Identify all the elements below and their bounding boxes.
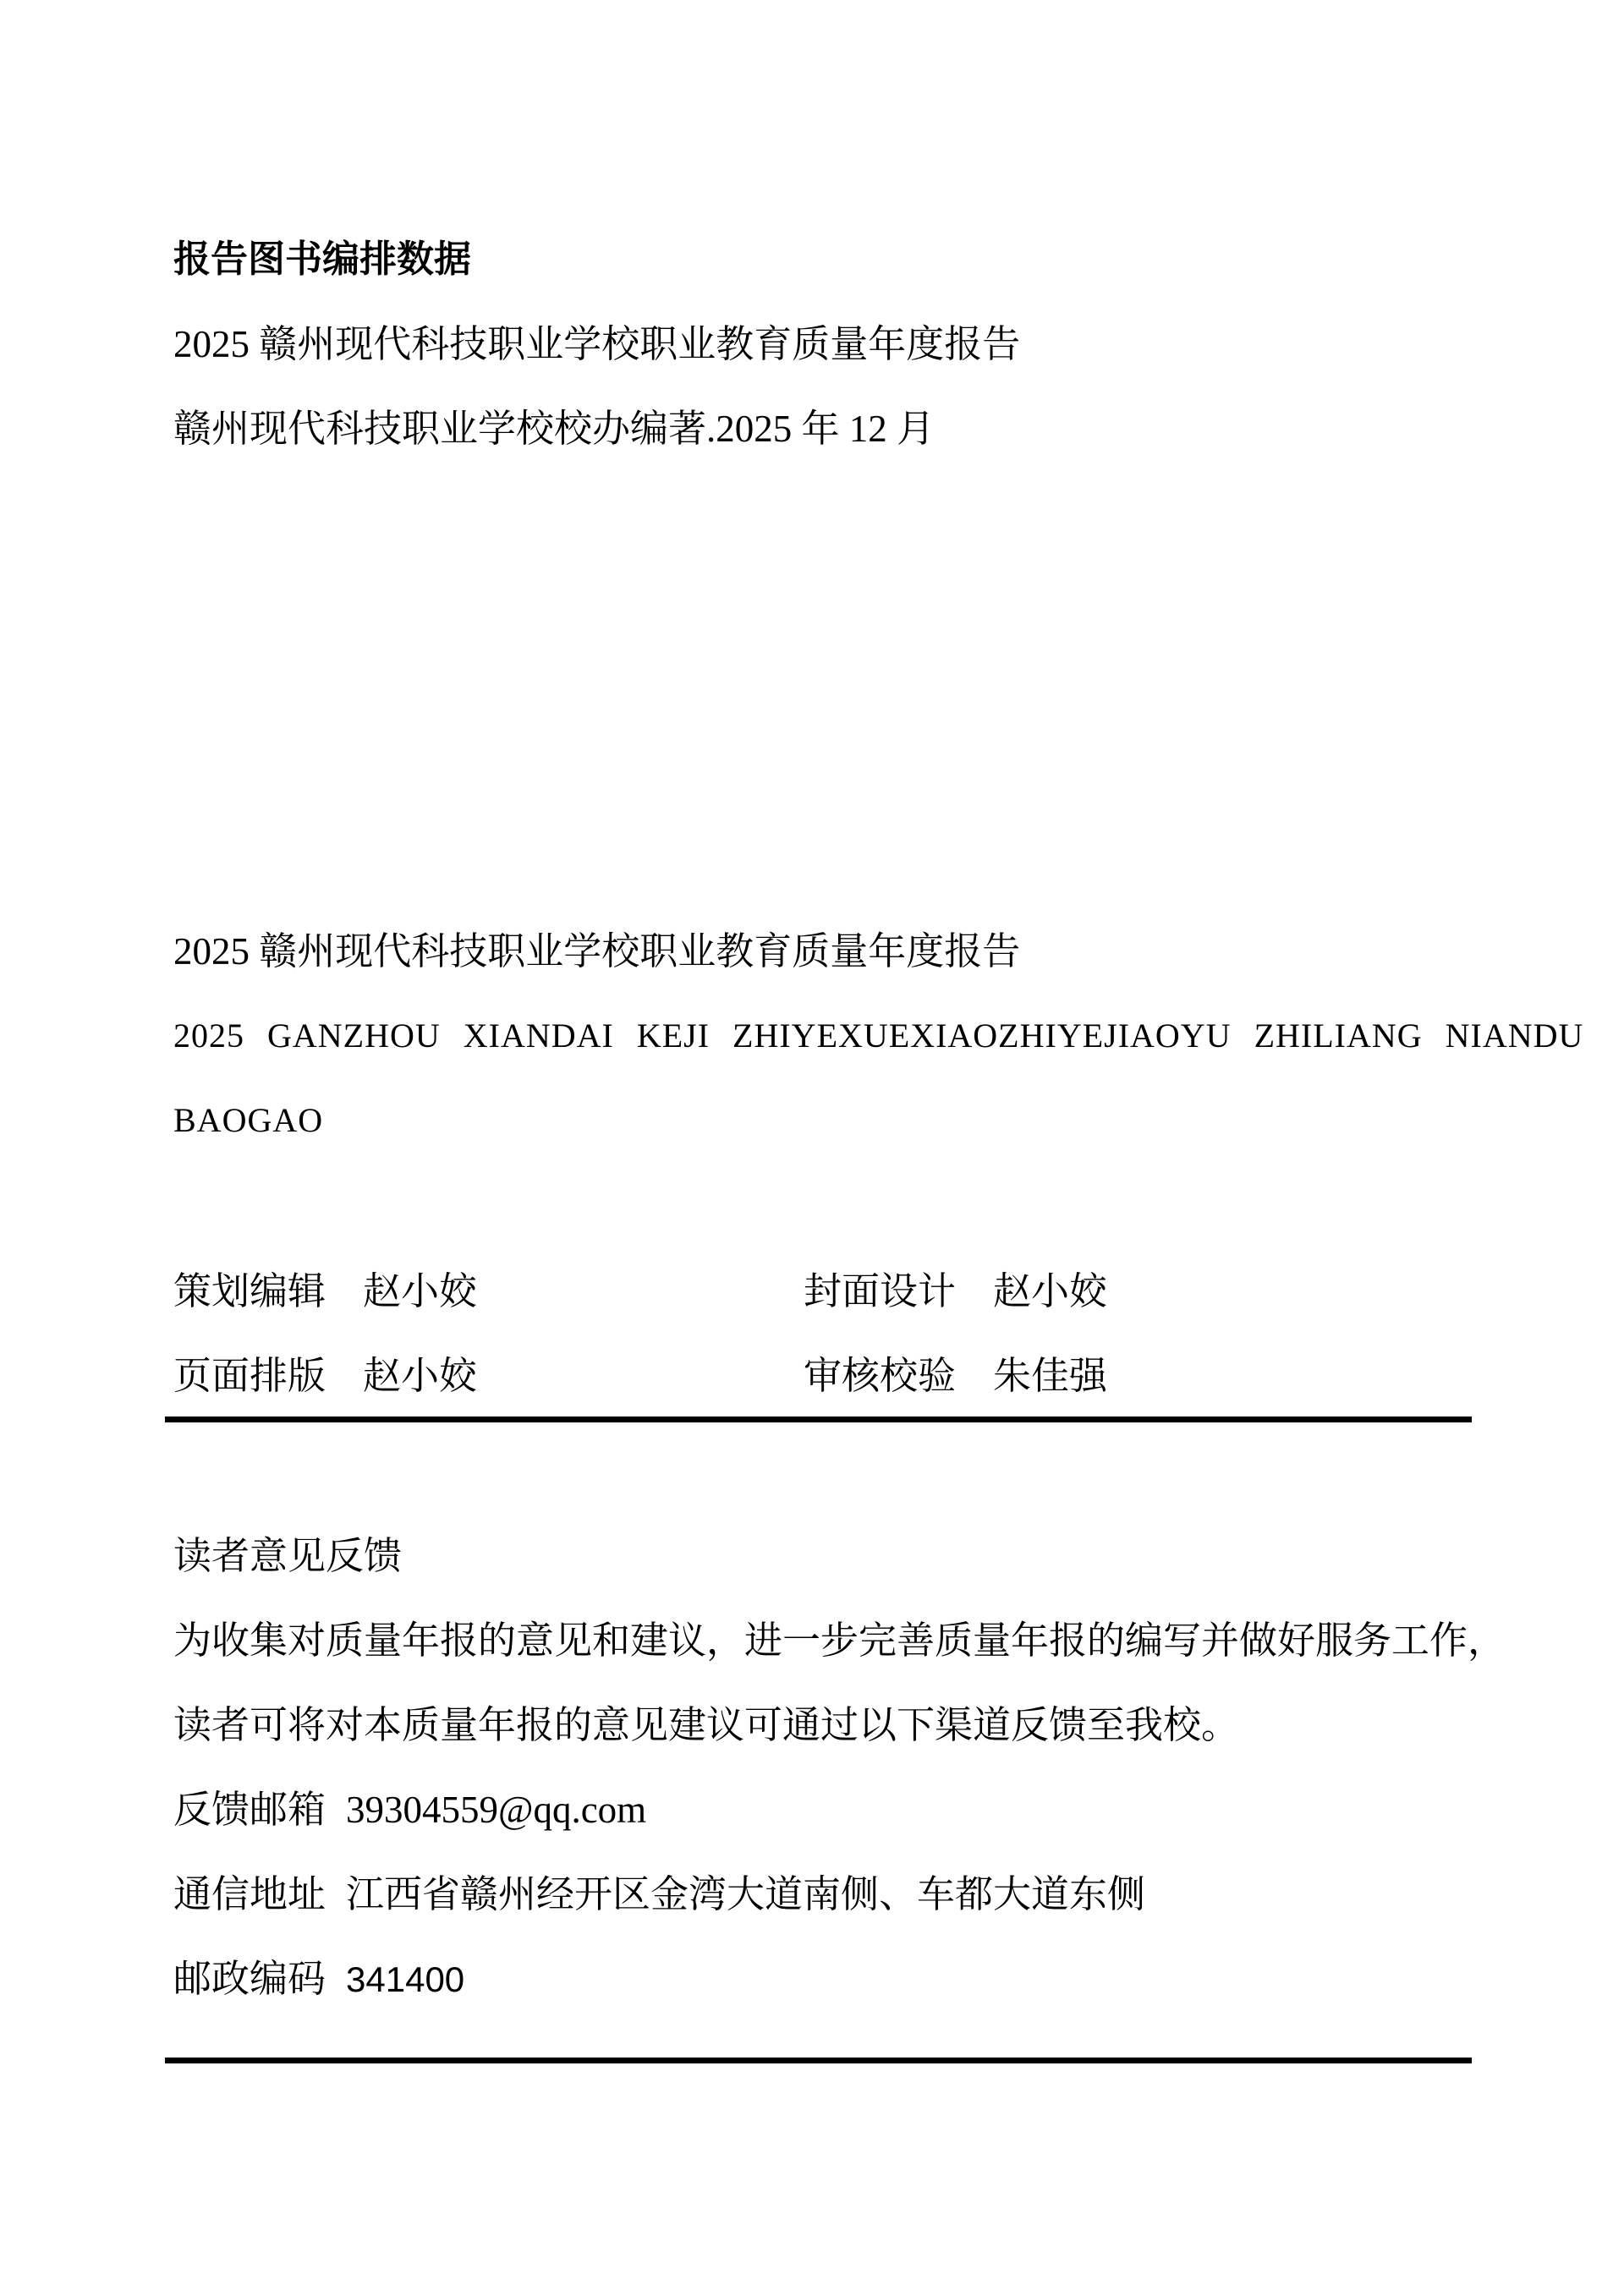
postal-code-line: 邮政编码341400: [173, 1937, 1506, 2022]
reader-feedback-block: 读者意见反馈 为收集对质量年报的意见和建议，进一步完善质量年报的编写并做好服务工…: [173, 1514, 1506, 2022]
author-date-line: 赣州现代科技职业学校校办编著.2025 年 12 月: [173, 386, 1020, 471]
pinyin-title-line-2: BAOGAO: [173, 1078, 1583, 1163]
email-label: 反馈邮箱: [173, 1789, 326, 1831]
feedback-email-line: 反馈邮箱39304559@qq.com: [173, 1767, 1506, 1852]
bibliographic-heading: 报告图书编排数据: [173, 217, 1020, 302]
credit-label: 页面排版: [173, 1355, 326, 1397]
mailing-address-line: 通信地址江西省赣州经开区金湾大道南侧、车都大道东侧: [173, 1852, 1506, 1937]
feedback-paragraph-line-2: 读者可将对本质量年报的意见建议可通过以下渠道反馈至我校。: [173, 1683, 1506, 1767]
title-block: 2025 赣州现代科技职业学校职业教育质量年度报告 2025 GANZHOU X…: [173, 909, 1583, 1163]
credit-label: 封面设计: [804, 1270, 956, 1312]
credit-cover-design: 封面设计赵小姣: [804, 1249, 1107, 1334]
credit-name: 赵小姣: [363, 1355, 477, 1397]
divider-rule-top: [165, 1417, 1472, 1422]
credit-page-layout: 页面排版赵小姣: [173, 1334, 804, 1418]
credits-grid: 策划编辑赵小姣 封面设计赵小姣 页面排版赵小姣 审核校验朱佳强: [173, 1249, 1107, 1418]
address-text: 江西省赣州经开区金湾大道南侧、车都大道东侧: [346, 1873, 1145, 1915]
credit-review-check: 审核校验朱佳强: [804, 1334, 1107, 1418]
bibliographic-block: 报告图书编排数据 2025 赣州现代科技职业学校职业教育质量年度报告 赣州现代科…: [173, 217, 1020, 471]
feedback-paragraph-line-1: 为收集对质量年报的意见和建议，进一步完善质量年报的编写并做好服务工作，: [173, 1598, 1506, 1683]
email-address: 39304559@qq.com: [346, 1789, 646, 1831]
credit-label: 策划编辑: [173, 1270, 326, 1312]
pinyin-title-line-1: 2025 GANZHOU XIANDAI KEJI ZHIYEXUEXIAOZH…: [173, 994, 1583, 1078]
postcode-label: 邮政编码: [173, 1958, 326, 2000]
postcode-number: 341400: [346, 1959, 464, 1999]
feedback-heading: 读者意见反馈: [173, 1514, 1506, 1598]
credit-label: 审核校验: [804, 1355, 956, 1397]
divider-rule-bottom: [165, 2058, 1472, 2063]
main-title: 2025 赣州现代科技职业学校职业教育质量年度报告: [173, 909, 1583, 994]
credit-planning-editor: 策划编辑赵小姣: [173, 1249, 804, 1334]
credit-name: 朱佳强: [993, 1355, 1107, 1397]
credit-name: 赵小姣: [993, 1270, 1107, 1312]
colophon-page: 报告图书编排数据 2025 赣州现代科技职业学校职业教育质量年度报告 赣州现代科…: [0, 0, 1624, 2296]
address-label: 通信地址: [173, 1873, 326, 1915]
report-title-line: 2025 赣州现代科技职业学校职业教育质量年度报告: [173, 302, 1020, 386]
credit-name: 赵小姣: [363, 1270, 477, 1312]
